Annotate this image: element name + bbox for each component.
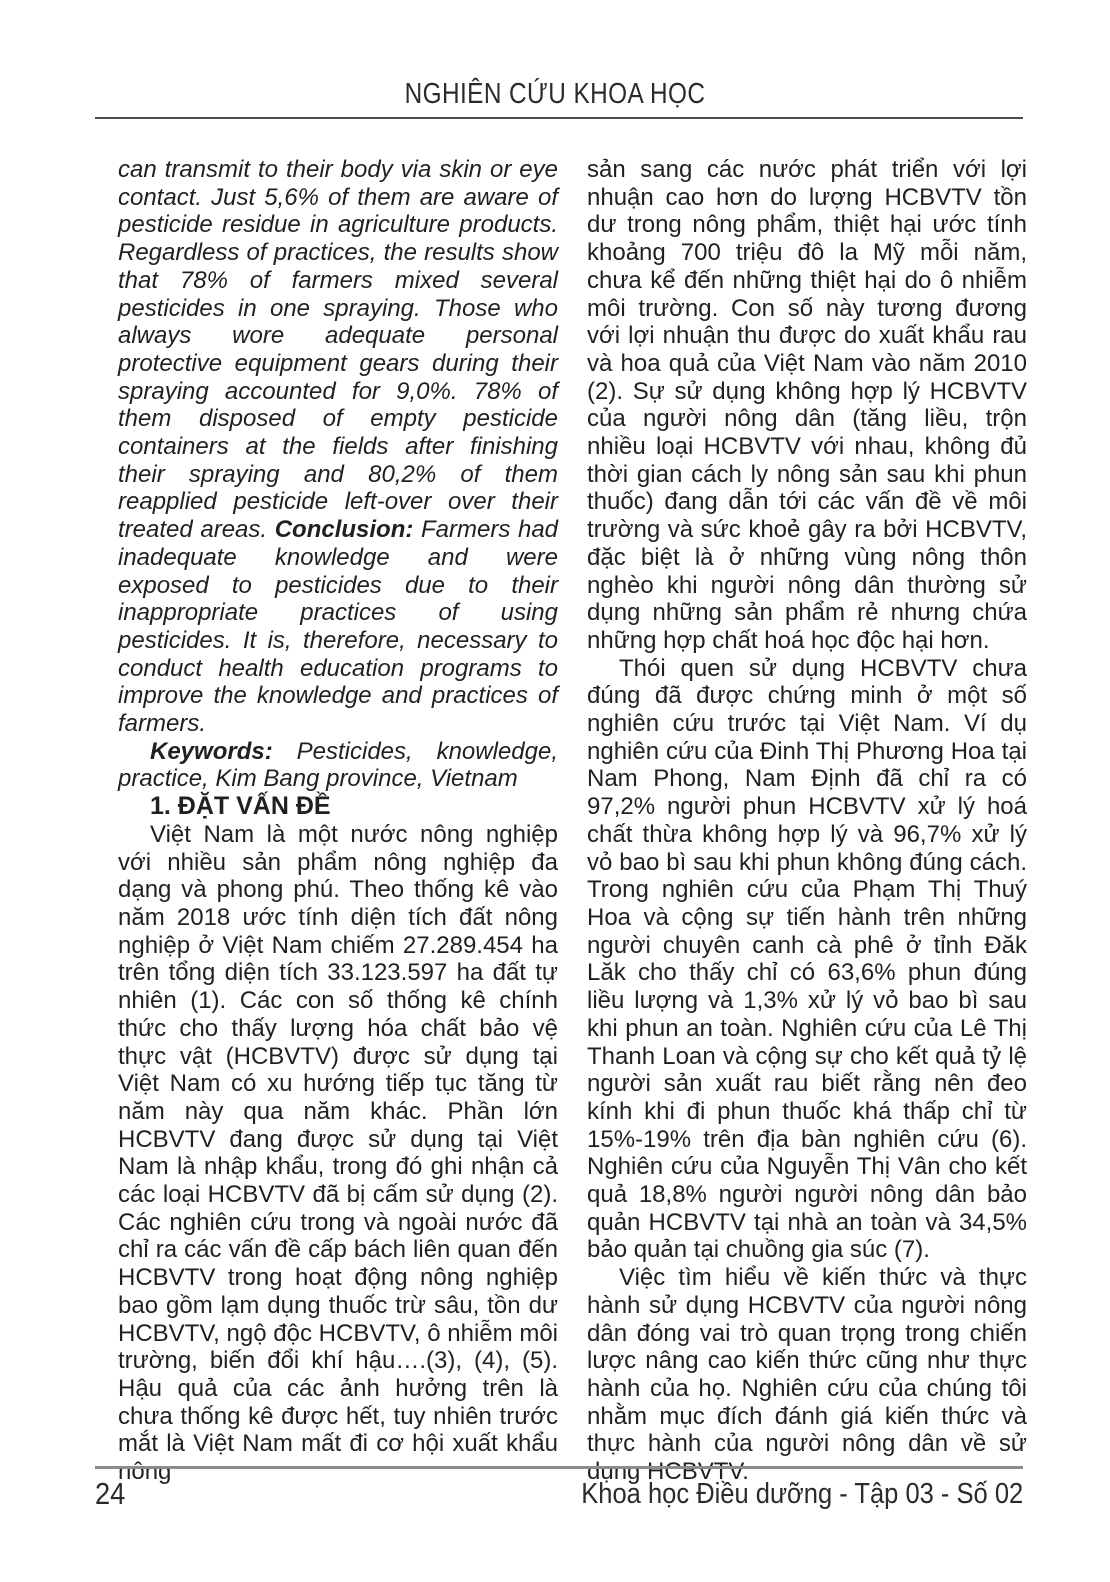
abstract-body: can transmit to their body via skin or e…	[118, 156, 558, 543]
header-rule	[95, 117, 1023, 119]
running-head: NGHIÊN CỨU KHOA HỌC	[89, 78, 1021, 111]
intro-paragraph-left: Việt Nam là một nước nông nghiệp với nhi…	[118, 821, 558, 1486]
journal-page: NGHIÊN CỨU KHOA HỌC can transmit to thei…	[0, 0, 1110, 1582]
page-number: 24	[95, 1476, 125, 1512]
left-column: can transmit to their body via skin or e…	[118, 156, 558, 1486]
study-purpose-paragraph: Việc tìm hiểu về kiến thức và thực hành …	[587, 1264, 1027, 1486]
article-columns: can transmit to their body via skin or e…	[118, 156, 1027, 1486]
conclusion-label: Conclusion:	[275, 516, 414, 543]
journal-title: Khoa học Điều dưỡng - Tập 03 - Số 02	[581, 1478, 1023, 1511]
keywords-paragraph: Keywords: Pesticides, knowledge, practic…	[118, 738, 558, 793]
keywords-label: Keywords:	[150, 738, 273, 765]
abstract-paragraph: can transmit to their body via skin or e…	[118, 156, 558, 738]
section-heading: 1. ĐẶT VẤN ĐỀ	[118, 793, 558, 821]
conclusion-text: Farmers had inadequate knowledge and wer…	[118, 516, 558, 737]
intro-paragraph-right: sản sang các nước phát triển với lợi nhu…	[587, 156, 1027, 655]
footer-rule	[95, 1466, 1023, 1469]
right-column: sản sang các nước phát triển với lợi nhu…	[587, 156, 1027, 1486]
prior-studies-paragraph: Thói quen sử dụng HCBVTV chưa đúng đã đư…	[587, 655, 1027, 1264]
